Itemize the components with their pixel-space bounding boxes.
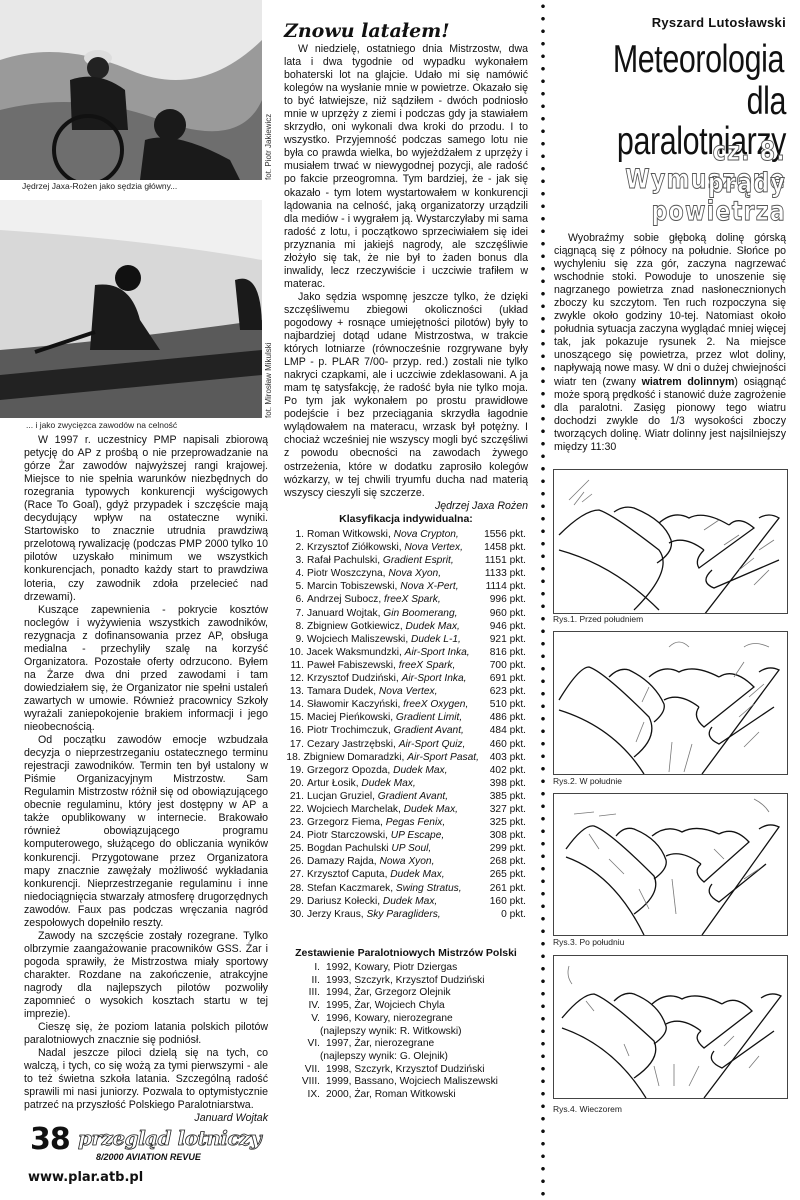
ranking-row: 11.Paweł Fabiszewski, freeX Spark,700 pk… — [286, 659, 526, 672]
valley-diagram-icon — [554, 794, 787, 935]
ranking-row: 28.Stefan Kaczmarek, Swing Stratus,261 p… — [286, 882, 526, 895]
champion-note: (najlepszy wynik: R. Witkowski) — [286, 1026, 526, 1039]
champion-row: IX.2000, Żar, Roman Witkowski — [286, 1089, 526, 1102]
left-article-body: W 1997 r. uczestnicy PMP napisali zbioro… — [24, 434, 268, 1125]
ranking-row: 23.Grzegorz Fiema, Pegas Fenix,325 pkt. — [286, 816, 526, 829]
ranking-row: 18.Zbigniew Domaradzki, Air-Sport Pasat,… — [286, 751, 526, 764]
photo-landing-illustration — [0, 200, 262, 418]
ranking-row: 6.Andrzej Subocz, freeX Spark,996 pkt. — [286, 593, 526, 606]
article-author: Ryszard Lutosławski — [560, 15, 786, 30]
ranking-row: 4.Piotr Woszczyna, Nova Xyon,1133 pkt. — [286, 567, 526, 580]
paragraph: Nadal jeszcze piloci dzielą się na tych,… — [24, 1047, 268, 1112]
ranking-row: 2.Krzysztof Ziółkowski, Nova Vertex,1458… — [286, 541, 526, 554]
ranking-row: 15.Maciej Pieńkowski, Gradient Limit,486… — [286, 711, 526, 724]
champion-note: (najlepszy wynik: G. Olejnik) — [286, 1051, 526, 1064]
ranking-row: 19.Grzegorz Opozda, Dudek Max,402 pkt. — [286, 764, 526, 777]
ranking-row: 30.Jerzy Kraus, Sky Paragliders,0 pkt. — [286, 908, 526, 921]
paragraph: Wyobraźmy sobie głęboką dolinę górską ci… — [554, 232, 786, 454]
ranking-row: 10.Jacek Waksmundzki, Air-Sport Inka,816… — [286, 646, 526, 659]
figure-1-before-noon — [553, 469, 788, 614]
ranking-row: 17.Cezary Jastrzębski, Air-Sport Quiz,46… — [286, 738, 526, 751]
article-title-line1: Meteorologia — [600, 40, 784, 80]
bold-term: wiatrem dolinnym — [642, 376, 735, 388]
champion-row: II.1993, Szczyrk, Krzysztof Dudziński — [286, 975, 526, 988]
ranking-row: 7.Januard Wojtak, Gin Boomerang,960 pkt. — [286, 607, 526, 620]
champion-row: VII.1998, Szczyrk, Krzysztof Dudziński — [286, 1064, 526, 1077]
champion-row: VIII.1999, Bassano, Wojciech Maliszewski — [286, 1076, 526, 1089]
figure-3-afternoon — [553, 793, 788, 936]
figure-3-caption: Rys.3. Po południu — [553, 937, 624, 947]
photo2-credit: fot. Mirosław Mikulski — [264, 300, 273, 418]
magazine-issue: 8/2000 AVIATION REVUE — [96, 1152, 201, 1162]
champion-row: VI.1997, Żar, nierozegrane — [286, 1038, 526, 1051]
paragraph: W niedzielę, ostatniego dnia Mistrzostw,… — [284, 43, 528, 291]
magazine-logo: przegląd lotniczy — [78, 1126, 261, 1150]
dotted-column-divider — [540, 0, 546, 1200]
ranking-row: 8.Zbigniew Gotkiewicz, Dudek Max,946 pkt… — [286, 620, 526, 633]
ranking-row: 20.Artur Łosik, Dudek Max,398 pkt. — [286, 777, 526, 790]
ranking-row: 16.Piotr Trochimczuk, Gradient Avant,484… — [286, 724, 526, 737]
paragraph: Cieszę się, że poziom latania polskich p… — [24, 1021, 268, 1047]
ranking-row: 25.Bogdan Pachulski UP Soul,299 pkt. — [286, 842, 526, 855]
champion-row: I.1992, Kowary, Piotr Dziergas — [286, 962, 526, 975]
paragraph: Jako sędzia wspomnę jeszcze tylko, że dz… — [284, 291, 528, 500]
figure-4-caption: Rys.4. Wieczorem — [553, 1104, 622, 1114]
figure-2-caption: Rys.2. W południe — [553, 776, 622, 786]
ranking-row: 21.Lucjan Gruziel, Gradient Avant,385 pk… — [286, 790, 526, 803]
paragraph: Od początku zawodów emocje wzbudzała dec… — [24, 734, 268, 930]
champion-row: V.1996, Kowary, nierozegrane — [286, 1013, 526, 1026]
valley-diagram-icon — [554, 956, 787, 1098]
page-number: 38 — [30, 1122, 70, 1157]
paragraph: W 1997 r. uczestnicy PMP napisali zbioro… — [24, 434, 268, 604]
ranking-row: 12.Krzysztof Dudziński, Air-Sport Inka,6… — [286, 672, 526, 685]
ranking-row: 24.Piotr Starczowski, UP Escape,308 pkt. — [286, 829, 526, 842]
photo2-caption: ... i jako zwycięzca zawodów na celność — [26, 420, 177, 430]
paragraph: Kuszące zapewnienia - pokrycie kosztów n… — [24, 604, 268, 734]
middle-article-title: Znowu latałem! — [284, 20, 450, 42]
valley-diagram-icon — [554, 632, 787, 774]
photo-judge-illustration — [0, 0, 262, 180]
article-subtitle-line2: prądy powietrza — [591, 170, 786, 226]
ranking-row: 26.Damazy Rajda, Nowa Xyon,268 pkt. — [286, 855, 526, 868]
website-link[interactable]: www.plar.atb.pl — [28, 1170, 143, 1185]
middle-article-signature: Jędrzej Jaxa Rożen — [284, 500, 528, 513]
photo-accuracy-landing — [0, 200, 262, 418]
ranking-row: 1.Roman Witkowski, Nova Crypton,1556 pkt… — [286, 528, 526, 541]
champion-row: III.1994, Żar, Grzegorz Olejnik — [286, 987, 526, 1000]
ranking-row: 13.Tamara Dudek, Nova Vertex,623 pkt. — [286, 685, 526, 698]
ranking-row: 22.Wojciech Marchelak, Dudek Max,327 pkt… — [286, 803, 526, 816]
photo1-caption: Jędrzej Jaxa-Rożen jako sędzia główny... — [22, 181, 177, 191]
paragraph: Zawody na szczęście zostały rozegrane. T… — [24, 930, 268, 1021]
champions-list: I.1992, Kowary, Piotr Dziergas II.1993, … — [286, 962, 526, 1102]
ranking-row: 27.Krzysztof Caputa, Dudek Max,265 pkt. — [286, 868, 526, 881]
figure-1-caption: Rys.1. Przed południem — [553, 614, 643, 624]
champion-row: IV.1995, Żar, Wojciech Chyla — [286, 1000, 526, 1013]
ranking-row: 5.Marcin Tobiszewski, Nova X-Pert,1114 p… — [286, 580, 526, 593]
middle-article-body: W niedzielę, ostatniego dnia Mistrzostw,… — [284, 43, 528, 513]
ranking-row: 29.Dariusz Kołecki, Dudek Max,160 pkt. — [286, 895, 526, 908]
figure-2-noon — [553, 631, 788, 775]
photo-judge-wheelchair — [0, 0, 262, 180]
ranking-row: 14.Sławomir Kaczyński, freeX Oxygen,510 … — [286, 698, 526, 711]
figure-4-evening — [553, 955, 788, 1099]
valley-diagram-icon — [554, 470, 787, 613]
ranking-row: 9.Wojciech Maliszewski, Dudek L-1,921 pk… — [286, 633, 526, 646]
ranking-table: 1.Roman Witkowski, Nova Crypton,1556 pkt… — [286, 528, 526, 921]
photo1-credit: fot. Piotr Jakiewicz — [264, 95, 273, 180]
champions-title: Zestawienie Paralotniowych Mistrzów Pols… — [284, 947, 528, 959]
ranking-row: 3.Rafał Pachulski, Gradient Esprit,1151 … — [286, 554, 526, 567]
right-article-body: Wyobraźmy sobie głęboką dolinę górską ci… — [554, 232, 786, 454]
ranking-title: Klasyfikacja indywidualna: — [284, 513, 528, 525]
